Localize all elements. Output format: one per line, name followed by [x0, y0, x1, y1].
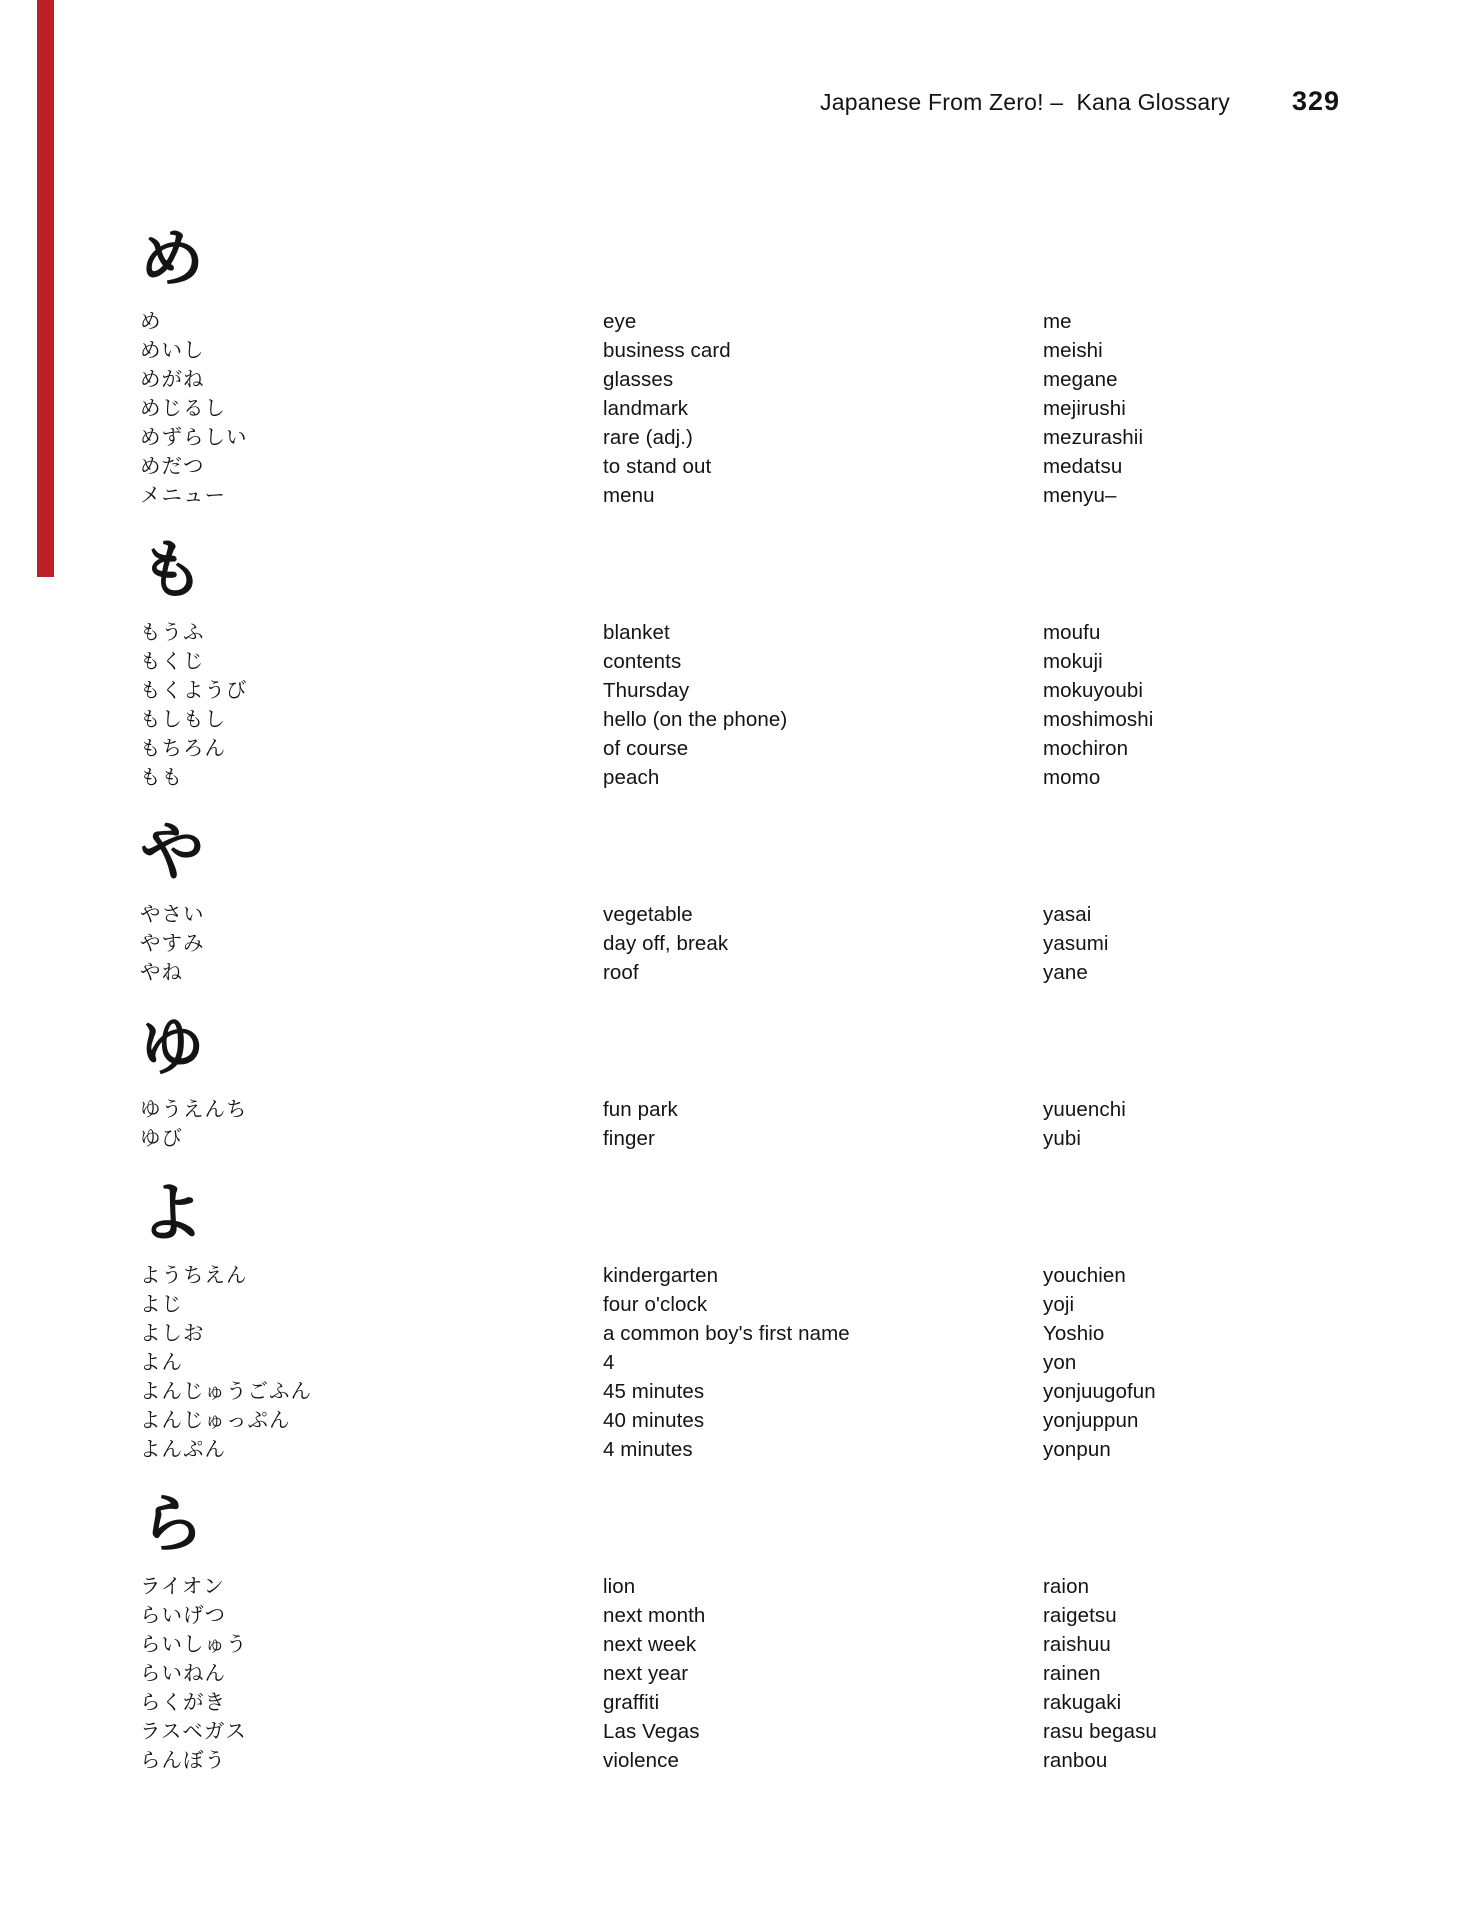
entry-romaji: yasai	[1043, 900, 1424, 929]
page-content: Japanese From Zero! – Kana Glossary 329 …	[140, 86, 1424, 1775]
entry-kana: らいしゅう	[140, 1630, 603, 1659]
entry-romaji: yon	[1043, 1348, 1424, 1377]
entry-kana: めがね	[140, 365, 603, 394]
entry-kana: よん	[140, 1348, 603, 1377]
entry-english: 40 minutes	[603, 1406, 1043, 1435]
entry-kana: ようちえん	[140, 1261, 603, 1290]
entry-kana: もうふ	[140, 618, 603, 647]
entry-kana: め	[140, 307, 603, 336]
entry-english: next week	[603, 1630, 1043, 1659]
glossary-sections: め め eye me めいし business card meishi めがね …	[140, 227, 1424, 1775]
entry-row: もくようび Thursday mokuyoubi	[140, 676, 1424, 705]
entry-row: ようちえん kindergarten youchien	[140, 1261, 1424, 1290]
entry-kana: やすみ	[140, 929, 603, 958]
entry-english: vegetable	[603, 900, 1043, 929]
entry-kana: よしお	[140, 1319, 603, 1348]
entry-romaji: menyu–	[1043, 481, 1424, 510]
entry-row: めいし business card meishi	[140, 336, 1424, 365]
entry-romaji: meishi	[1043, 336, 1424, 365]
entry-kana: らくがき	[140, 1688, 603, 1717]
entry-romaji: rasu begasu	[1043, 1717, 1424, 1746]
entry-row: よん 4 yon	[140, 1348, 1424, 1377]
entry-row: もも peach momo	[140, 763, 1424, 792]
entry-romaji: moufu	[1043, 618, 1424, 647]
entry-romaji: rakugaki	[1043, 1688, 1424, 1717]
page-number: 329	[1292, 86, 1340, 117]
entry-kana: めだつ	[140, 452, 603, 481]
kana-section: や やさい vegetable yasai やすみ day off, break…	[140, 820, 1424, 987]
section-entries: ゆうえんち fun park yuuenchi ゆび finger yubi	[140, 1095, 1424, 1153]
entry-row: め eye me	[140, 307, 1424, 336]
entry-romaji: moshimoshi	[1043, 705, 1424, 734]
entry-english: a common boy's first name	[603, 1319, 1043, 1348]
entry-kana: メニュー	[140, 481, 603, 510]
kana-section: め め eye me めいし business card meishi めがね …	[140, 227, 1424, 510]
entry-romaji: raishuu	[1043, 1630, 1424, 1659]
glossary-page: Japanese From Zero! – Kana Glossary 329 …	[0, 0, 1484, 1920]
entry-english: business card	[603, 336, 1043, 365]
entry-row: よじ four o'clock yoji	[140, 1290, 1424, 1319]
entry-english: roof	[603, 958, 1043, 987]
section-entries: め eye me めいし business card meishi めがね gl…	[140, 307, 1424, 510]
entry-kana: ラスベガス	[140, 1717, 603, 1746]
entry-row: よんぷん 4 minutes yonpun	[140, 1435, 1424, 1464]
entry-kana: やさい	[140, 900, 603, 929]
entry-kana: もちろん	[140, 734, 603, 763]
entry-row: めじるし landmark mejirushi	[140, 394, 1424, 423]
entry-english: landmark	[603, 394, 1043, 423]
entry-english: violence	[603, 1746, 1043, 1775]
section-kana-header: よ	[140, 1181, 1424, 1245]
section-entries: ようちえん kindergarten youchien よじ four o'cl…	[140, 1261, 1424, 1464]
entry-romaji: raion	[1043, 1572, 1424, 1601]
section-entries: やさい vegetable yasai やすみ day off, break y…	[140, 900, 1424, 987]
entry-english: day off, break	[603, 929, 1043, 958]
entry-row: やね roof yane	[140, 958, 1424, 987]
entry-row: メニュー menu menyu–	[140, 481, 1424, 510]
entry-english: next month	[603, 1601, 1043, 1630]
entry-english: 4 minutes	[603, 1435, 1043, 1464]
entry-english: menu	[603, 481, 1043, 510]
entry-romaji: youchien	[1043, 1261, 1424, 1290]
entry-row: らくがき graffiti rakugaki	[140, 1688, 1424, 1717]
entry-row: よんじゅっぷん 40 minutes yonjuppun	[140, 1406, 1424, 1435]
entry-english: contents	[603, 647, 1043, 676]
entry-romaji: yonjuppun	[1043, 1406, 1424, 1435]
entry-english: lion	[603, 1572, 1043, 1601]
entry-romaji: megane	[1043, 365, 1424, 394]
header-title: Japanese From Zero! – Kana Glossary	[820, 89, 1230, 116]
kana-section: ら ライオン lion raion らいげつ next month raiget…	[140, 1492, 1424, 1775]
entry-row: もくじ contents mokuji	[140, 647, 1424, 676]
entry-kana: ライオン	[140, 1572, 603, 1601]
entry-english: glasses	[603, 365, 1043, 394]
entry-kana: ゆうえんち	[140, 1095, 603, 1124]
entry-kana: やね	[140, 958, 603, 987]
entry-english: four o'clock	[603, 1290, 1043, 1319]
entry-row: めだつ to stand out medatsu	[140, 452, 1424, 481]
entry-row: らいしゅう next week raishuu	[140, 1630, 1424, 1659]
section-kana-header: も	[140, 538, 1424, 602]
entry-row: めずらしい rare (adj.) mezurashii	[140, 423, 1424, 452]
entry-english: fun park	[603, 1095, 1043, 1124]
entry-english: of course	[603, 734, 1043, 763]
entry-english: peach	[603, 763, 1043, 792]
entry-row: めがね glasses megane	[140, 365, 1424, 394]
entry-kana: めじるし	[140, 394, 603, 423]
entry-kana: もしもし	[140, 705, 603, 734]
kana-section: よ ようちえん kindergarten youchien よじ four o'…	[140, 1181, 1424, 1464]
entry-row: らんぼう violence ranbou	[140, 1746, 1424, 1775]
entry-english: Thursday	[603, 676, 1043, 705]
entry-romaji: mezurashii	[1043, 423, 1424, 452]
entry-kana: めいし	[140, 336, 603, 365]
section-entries: ライオン lion raion らいげつ next month raigetsu…	[140, 1572, 1424, 1775]
entry-row: らいげつ next month raigetsu	[140, 1601, 1424, 1630]
entry-romaji: yane	[1043, 958, 1424, 987]
entry-row: ゆび finger yubi	[140, 1124, 1424, 1153]
kana-section: ゆ ゆうえんち fun park yuuenchi ゆび finger yubi	[140, 1015, 1424, 1153]
entry-english: blanket	[603, 618, 1043, 647]
scan-edge-red-bar	[37, 0, 54, 577]
section-kana-header: め	[140, 227, 1424, 291]
entry-kana: らいねん	[140, 1659, 603, 1688]
page-header: Japanese From Zero! – Kana Glossary 329	[140, 86, 1424, 116]
entry-english: hello (on the phone)	[603, 705, 1043, 734]
entry-english: next year	[603, 1659, 1043, 1688]
entry-kana: らんぼう	[140, 1746, 603, 1775]
entry-row: よんじゅうごふん 45 minutes yonjuugofun	[140, 1377, 1424, 1406]
entry-english: finger	[603, 1124, 1043, 1153]
entry-romaji: Yoshio	[1043, 1319, 1424, 1348]
entry-english: to stand out	[603, 452, 1043, 481]
entry-romaji: ranbou	[1043, 1746, 1424, 1775]
entry-romaji: mokuji	[1043, 647, 1424, 676]
entry-romaji: rainen	[1043, 1659, 1424, 1688]
entry-row: よしお a common boy's first name Yoshio	[140, 1319, 1424, 1348]
entry-kana: よんじゅっぷん	[140, 1406, 603, 1435]
entry-english: eye	[603, 307, 1043, 336]
entry-romaji: medatsu	[1043, 452, 1424, 481]
entry-row: やさい vegetable yasai	[140, 900, 1424, 929]
entry-row: ラスベガス Las Vegas rasu begasu	[140, 1717, 1424, 1746]
entry-romaji: mejirushi	[1043, 394, 1424, 423]
entry-row: ゆうえんち fun park yuuenchi	[140, 1095, 1424, 1124]
entry-romaji: yonpun	[1043, 1435, 1424, 1464]
kana-section: も もうふ blanket moufu もくじ contents mokuji …	[140, 538, 1424, 792]
entry-romaji: mochiron	[1043, 734, 1424, 763]
entry-romaji: yasumi	[1043, 929, 1424, 958]
entry-kana: よんぷん	[140, 1435, 603, 1464]
entry-kana: もも	[140, 763, 603, 792]
entry-kana: もくようび	[140, 676, 603, 705]
entry-row: もしもし hello (on the phone) moshimoshi	[140, 705, 1424, 734]
entry-kana: ゆび	[140, 1124, 603, 1153]
entry-row: らいねん next year rainen	[140, 1659, 1424, 1688]
entry-romaji: mokuyoubi	[1043, 676, 1424, 705]
section-kana-header: ゆ	[140, 1015, 1424, 1079]
entry-row: ライオン lion raion	[140, 1572, 1424, 1601]
entry-row: もちろん of course mochiron	[140, 734, 1424, 763]
entry-row: もうふ blanket moufu	[140, 618, 1424, 647]
entry-romaji: raigetsu	[1043, 1601, 1424, 1630]
section-entries: もうふ blanket moufu もくじ contents mokuji もく…	[140, 618, 1424, 792]
entry-romaji: yonjuugofun	[1043, 1377, 1424, 1406]
entry-romaji: yuuenchi	[1043, 1095, 1424, 1124]
entry-kana: らいげつ	[140, 1601, 603, 1630]
entry-romaji: yoji	[1043, 1290, 1424, 1319]
entry-english: kindergarten	[603, 1261, 1043, 1290]
entry-english: Las Vegas	[603, 1717, 1043, 1746]
section-kana-header: ら	[140, 1492, 1424, 1556]
entry-romaji: me	[1043, 307, 1424, 336]
entry-english: 4	[603, 1348, 1043, 1377]
entry-english: 45 minutes	[603, 1377, 1043, 1406]
entry-english: rare (adj.)	[603, 423, 1043, 452]
entry-kana: めずらしい	[140, 423, 603, 452]
entry-romaji: yubi	[1043, 1124, 1424, 1153]
section-kana-header: や	[140, 820, 1424, 884]
entry-romaji: momo	[1043, 763, 1424, 792]
entry-kana: よんじゅうごふん	[140, 1377, 603, 1406]
entry-row: やすみ day off, break yasumi	[140, 929, 1424, 958]
entry-english: graffiti	[603, 1688, 1043, 1717]
entry-kana: よじ	[140, 1290, 603, 1319]
entry-kana: もくじ	[140, 647, 603, 676]
